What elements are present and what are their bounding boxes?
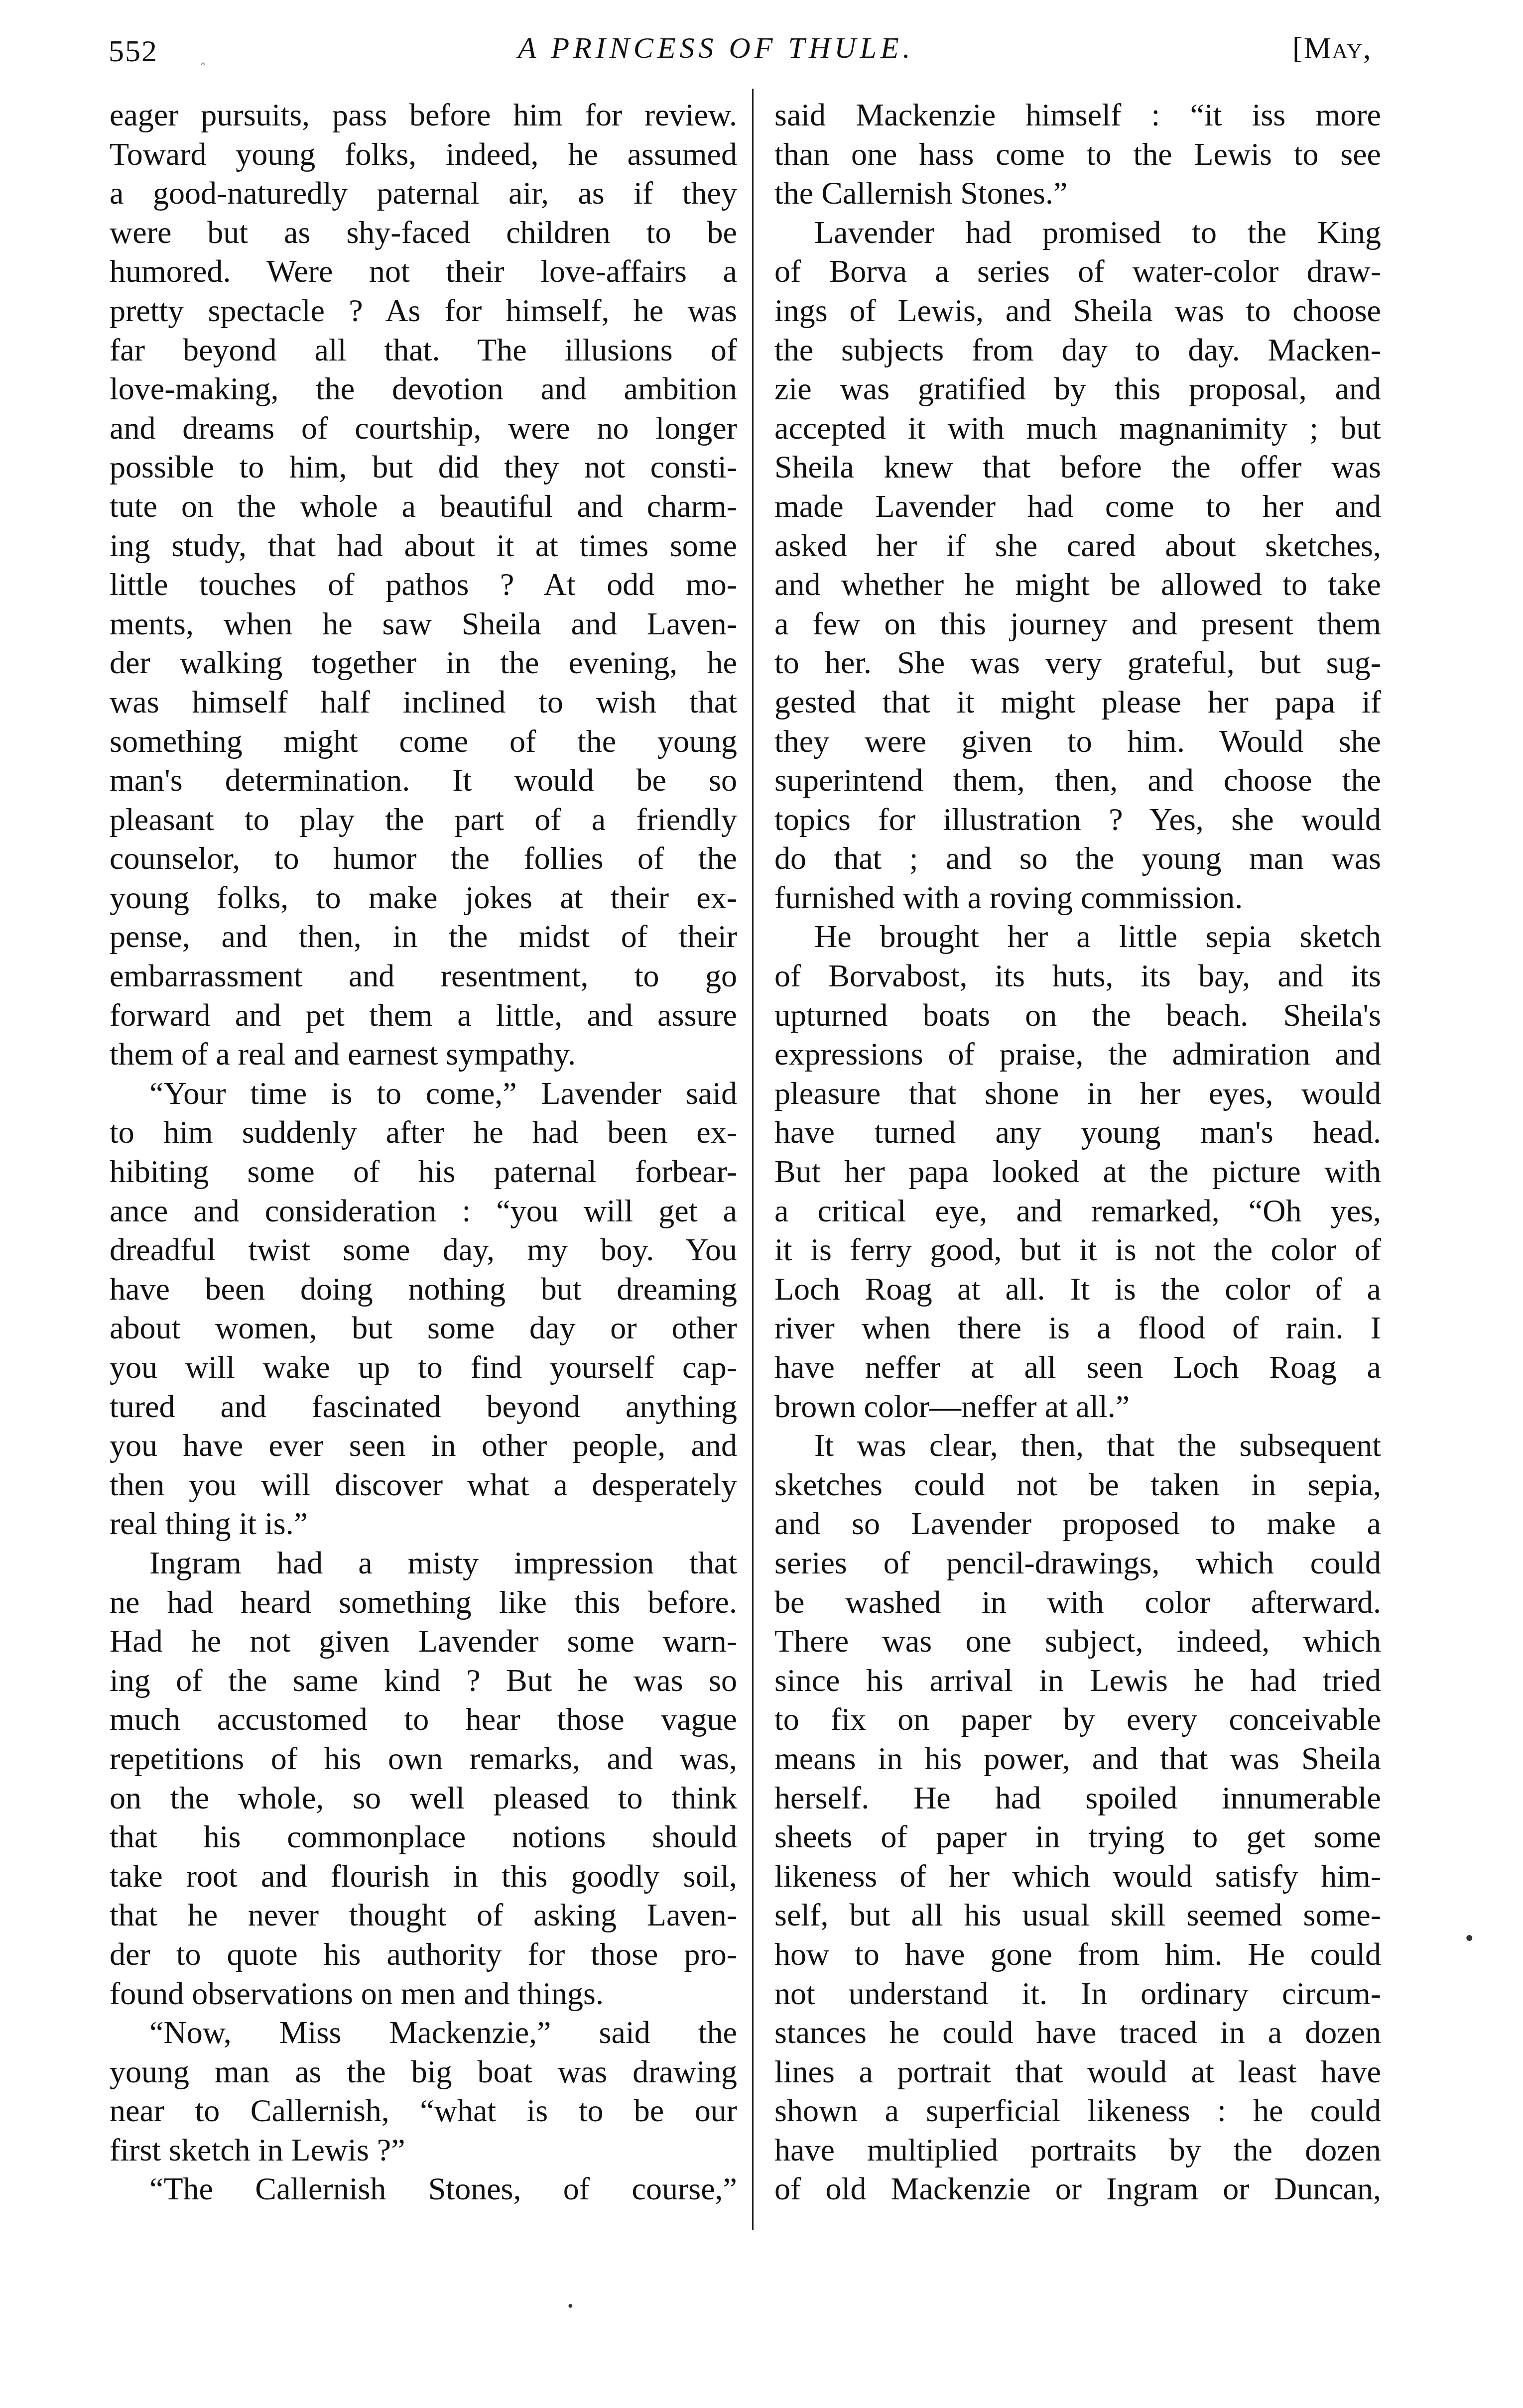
- text-line: of old Mackenzie or Ingram or Duncan,: [774, 2169, 1381, 2209]
- text-line: “The Callernish Stones, of course,”: [110, 2169, 737, 2209]
- text-line: But her papa looked at the picture with: [774, 1152, 1381, 1192]
- text-line: pleasant to play the part of a friendly: [110, 800, 737, 840]
- text-line: expressions of praise, the admiration an…: [774, 1035, 1381, 1074]
- text-line: a critical eye, and remarked, “Oh yes,: [774, 1192, 1381, 1231]
- text-line: der walking together in the evening, he: [110, 643, 737, 683]
- text-line: Loch Roag at all. It is the color of a: [774, 1270, 1381, 1309]
- text-line: ing of the same kind ? But he was so: [110, 1661, 737, 1700]
- text-line: not understand it. In ordinary circum-: [774, 1974, 1381, 2014]
- text-line: ing study, that had about it at times so…: [110, 526, 737, 566]
- text-line: found observations on men and things.: [110, 1974, 737, 2014]
- text-line: possible to him, but did they not consti…: [110, 448, 737, 487]
- text-line: furnished with a roving commission.: [774, 878, 1381, 918]
- text-line: He brought her a little sepia sketch: [774, 917, 1381, 957]
- text-line: gested that it might please her papa if: [774, 683, 1381, 722]
- running-title: A PRINCESS OF THULE.: [518, 31, 914, 65]
- running-header: 552 * A PRINCESS OF THULE. [May,: [0, 20, 1523, 80]
- text-line: was himself half inclined to wish that: [110, 683, 737, 722]
- text-line: young man as the big boat was drawing: [110, 2052, 737, 2092]
- text-line: hibiting some of his paternal forbear-: [110, 1152, 737, 1192]
- text-line: der to quote his authority for those pro…: [110, 1935, 737, 1974]
- text-line: superintend them, then, and choose the: [774, 761, 1381, 800]
- text-line: have neffer at all seen Loch Roag a: [774, 1348, 1381, 1387]
- text-line: river when there is a flood of rain. I: [774, 1309, 1381, 1348]
- text-line: ings of Lewis, and Sheila was to choose: [774, 291, 1381, 331]
- text-line: you have ever seen in other people, and: [110, 1426, 737, 1465]
- text-line: brown color—neffer at all.”: [774, 1387, 1381, 1427]
- column-divider: [752, 89, 754, 2230]
- text-line: the Callernish Stones.”: [774, 174, 1381, 213]
- text-line: accepted it with much magnanimity ; but: [774, 409, 1381, 448]
- text-line: it is ferry good, but it is not the colo…: [774, 1230, 1381, 1270]
- text-line: how to have gone from him. He could: [774, 1935, 1381, 1974]
- text-line: do that ; and so the young man was: [774, 839, 1381, 878]
- text-line: “Now, Miss Mackenzie,” said the: [110, 2013, 737, 2052]
- text-line: much accustomed to hear those vague: [110, 1700, 737, 1739]
- text-line: real thing it is.”: [110, 1504, 737, 1544]
- text-line: pense, and then, in the midst of their: [110, 917, 737, 957]
- text-line: asked her if she cared about sketches,: [774, 526, 1381, 566]
- text-line: have been doing nothing but dreaming: [110, 1270, 737, 1309]
- left-column: eager pursuits, pass before him for revi…: [110, 96, 737, 2209]
- ink-mark: ●: [1465, 1930, 1474, 1946]
- text-line: Ingram had a misty impression that: [110, 1544, 737, 1583]
- text-line: were but as shy-faced children to be: [110, 213, 737, 252]
- text-line: on the whole, so well pleased to think: [110, 1779, 737, 1818]
- right-column: said Mackenzie himself : “it iss moretha…: [774, 96, 1381, 2209]
- text-line: tured and fascinated beyond anything: [110, 1387, 737, 1427]
- text-line: near to Callernish, “what is to be our: [110, 2091, 737, 2131]
- text-line: young folks, to make jokes at their ex-: [110, 878, 737, 918]
- text-line: humored. Were not their love-affairs a: [110, 252, 737, 291]
- text-line: tute on the whole a beautiful and charm-: [110, 487, 737, 526]
- text-line: shown a superficial likeness : he could: [774, 2091, 1381, 2131]
- text-line: to him suddenly after he had been ex-: [110, 1113, 737, 1152]
- text-line: a few on this journey and present them: [774, 604, 1381, 644]
- text-line: means in his power, and that was Sheila: [774, 1739, 1381, 1779]
- text-line: likeness of her which would satisfy him-: [774, 1857, 1381, 1896]
- text-line: Toward young folks, indeed, he assumed: [110, 135, 737, 174]
- text-line: they were given to him. Would she: [774, 722, 1381, 761]
- text-line: little touches of pathos ? At odd mo-: [110, 565, 737, 604]
- text-line: of Borva a series of water-color draw-: [774, 252, 1381, 291]
- text-line: since his arrival in Lewis he had tried: [774, 1661, 1381, 1700]
- text-line: have turned any young man's head.: [774, 1113, 1381, 1152]
- text-line: eager pursuits, pass before him for revi…: [110, 96, 737, 135]
- text-line: have multiplied portraits by the dozen: [774, 2131, 1381, 2170]
- text-line: dreadful twist some day, my boy. You: [110, 1230, 737, 1270]
- text-line: pretty spectacle ? As for himself, he wa…: [110, 291, 737, 331]
- text-line: about women, but some day or other: [110, 1309, 737, 1348]
- ink-speck: *: [200, 59, 206, 72]
- text-line: self, but all his usual skill seemed som…: [774, 1896, 1381, 1935]
- text-line: zie was gratified by this proposal, and: [774, 369, 1381, 409]
- ink-mark: ●: [568, 2300, 573, 2311]
- text-line: made Lavender had come to her and: [774, 487, 1381, 526]
- text-line: be washed in with color afterward.: [774, 1583, 1381, 1622]
- text-line: the subjects from day to day. Macken-: [774, 331, 1381, 370]
- text-line: man's determination. It would be so: [110, 761, 737, 800]
- text-line: upturned boats on the beach. Sheila's: [774, 996, 1381, 1035]
- text-line: There was one subject, indeed, which: [774, 1622, 1381, 1661]
- text-line: embarrassment and resentment, to go: [110, 957, 737, 996]
- text-line: take root and flourish in this goodly so…: [110, 1857, 737, 1896]
- text-line: Had he not given Lavender some warn-: [110, 1622, 737, 1661]
- text-line: herself. He had spoiled innumerable: [774, 1779, 1381, 1818]
- text-line: ments, when he saw Sheila and Laven-: [110, 604, 737, 644]
- text-line: Lavender had promised to the King: [774, 213, 1381, 252]
- text-line: topics for illustration ? Yes, she would: [774, 800, 1381, 840]
- text-line: love-making, the devotion and ambition: [110, 369, 737, 409]
- text-line: sketches could not be taken in sepia,: [774, 1465, 1381, 1505]
- text-line: It was clear, then, that the subsequent: [774, 1426, 1381, 1465]
- text-line: a good-naturedly paternal air, as if the…: [110, 174, 737, 213]
- text-line: lines a portrait that would at least hav…: [774, 2052, 1381, 2092]
- text-line: Sheila knew that before the offer was: [774, 448, 1381, 487]
- text-line: that he never thought of asking Laven-: [110, 1896, 737, 1935]
- text-line: stances he could have traced in a dozen: [774, 2013, 1381, 2052]
- text-line: to her. She was very grateful, but sug-: [774, 643, 1381, 683]
- text-line: to fix on paper by every conceivable: [774, 1700, 1381, 1739]
- page-number: 552: [109, 34, 158, 69]
- text-line: and whether he might be allowed to take: [774, 565, 1381, 604]
- text-line: something might come of the young: [110, 722, 737, 761]
- text-line: them of a real and earnest sympathy.: [110, 1035, 737, 1074]
- text-line: series of pencil-drawings, which could: [774, 1544, 1381, 1583]
- text-line: “Your time is to come,” Lavender said: [110, 1074, 737, 1113]
- text-line: of Borvabost, its huts, its bay, and its: [774, 957, 1381, 996]
- text-line: forward and pet them a little, and assur…: [110, 996, 737, 1035]
- text-line: said Mackenzie himself : “it iss more: [774, 96, 1381, 135]
- text-line: counselor, to humor the follies of the: [110, 839, 737, 878]
- text-line: pleasure that shone in her eyes, would: [774, 1074, 1381, 1113]
- text-line: and dreams of courtship, were no longer: [110, 409, 737, 448]
- text-line: then you will discover what a desperatel…: [110, 1465, 737, 1505]
- text-line: that his commonplace notions should: [110, 1817, 737, 1857]
- text-line: you will wake up to find yourself cap-: [110, 1348, 737, 1387]
- text-line: than one hass come to the Lewis to see: [774, 135, 1381, 174]
- issue-month: [May,: [1292, 31, 1372, 66]
- text-line: ne had heard something like this before.: [110, 1583, 737, 1622]
- text-line: far beyond all that. The illusions of: [110, 331, 737, 370]
- text-line: ance and consideration : “you will get a: [110, 1192, 737, 1231]
- text-line: first sketch in Lewis ?”: [110, 2131, 737, 2170]
- text-line: repetitions of his own remarks, and was,: [110, 1739, 737, 1779]
- text-line: and so Lavender proposed to make a: [774, 1504, 1381, 1544]
- text-line: sheets of paper in trying to get some: [774, 1817, 1381, 1857]
